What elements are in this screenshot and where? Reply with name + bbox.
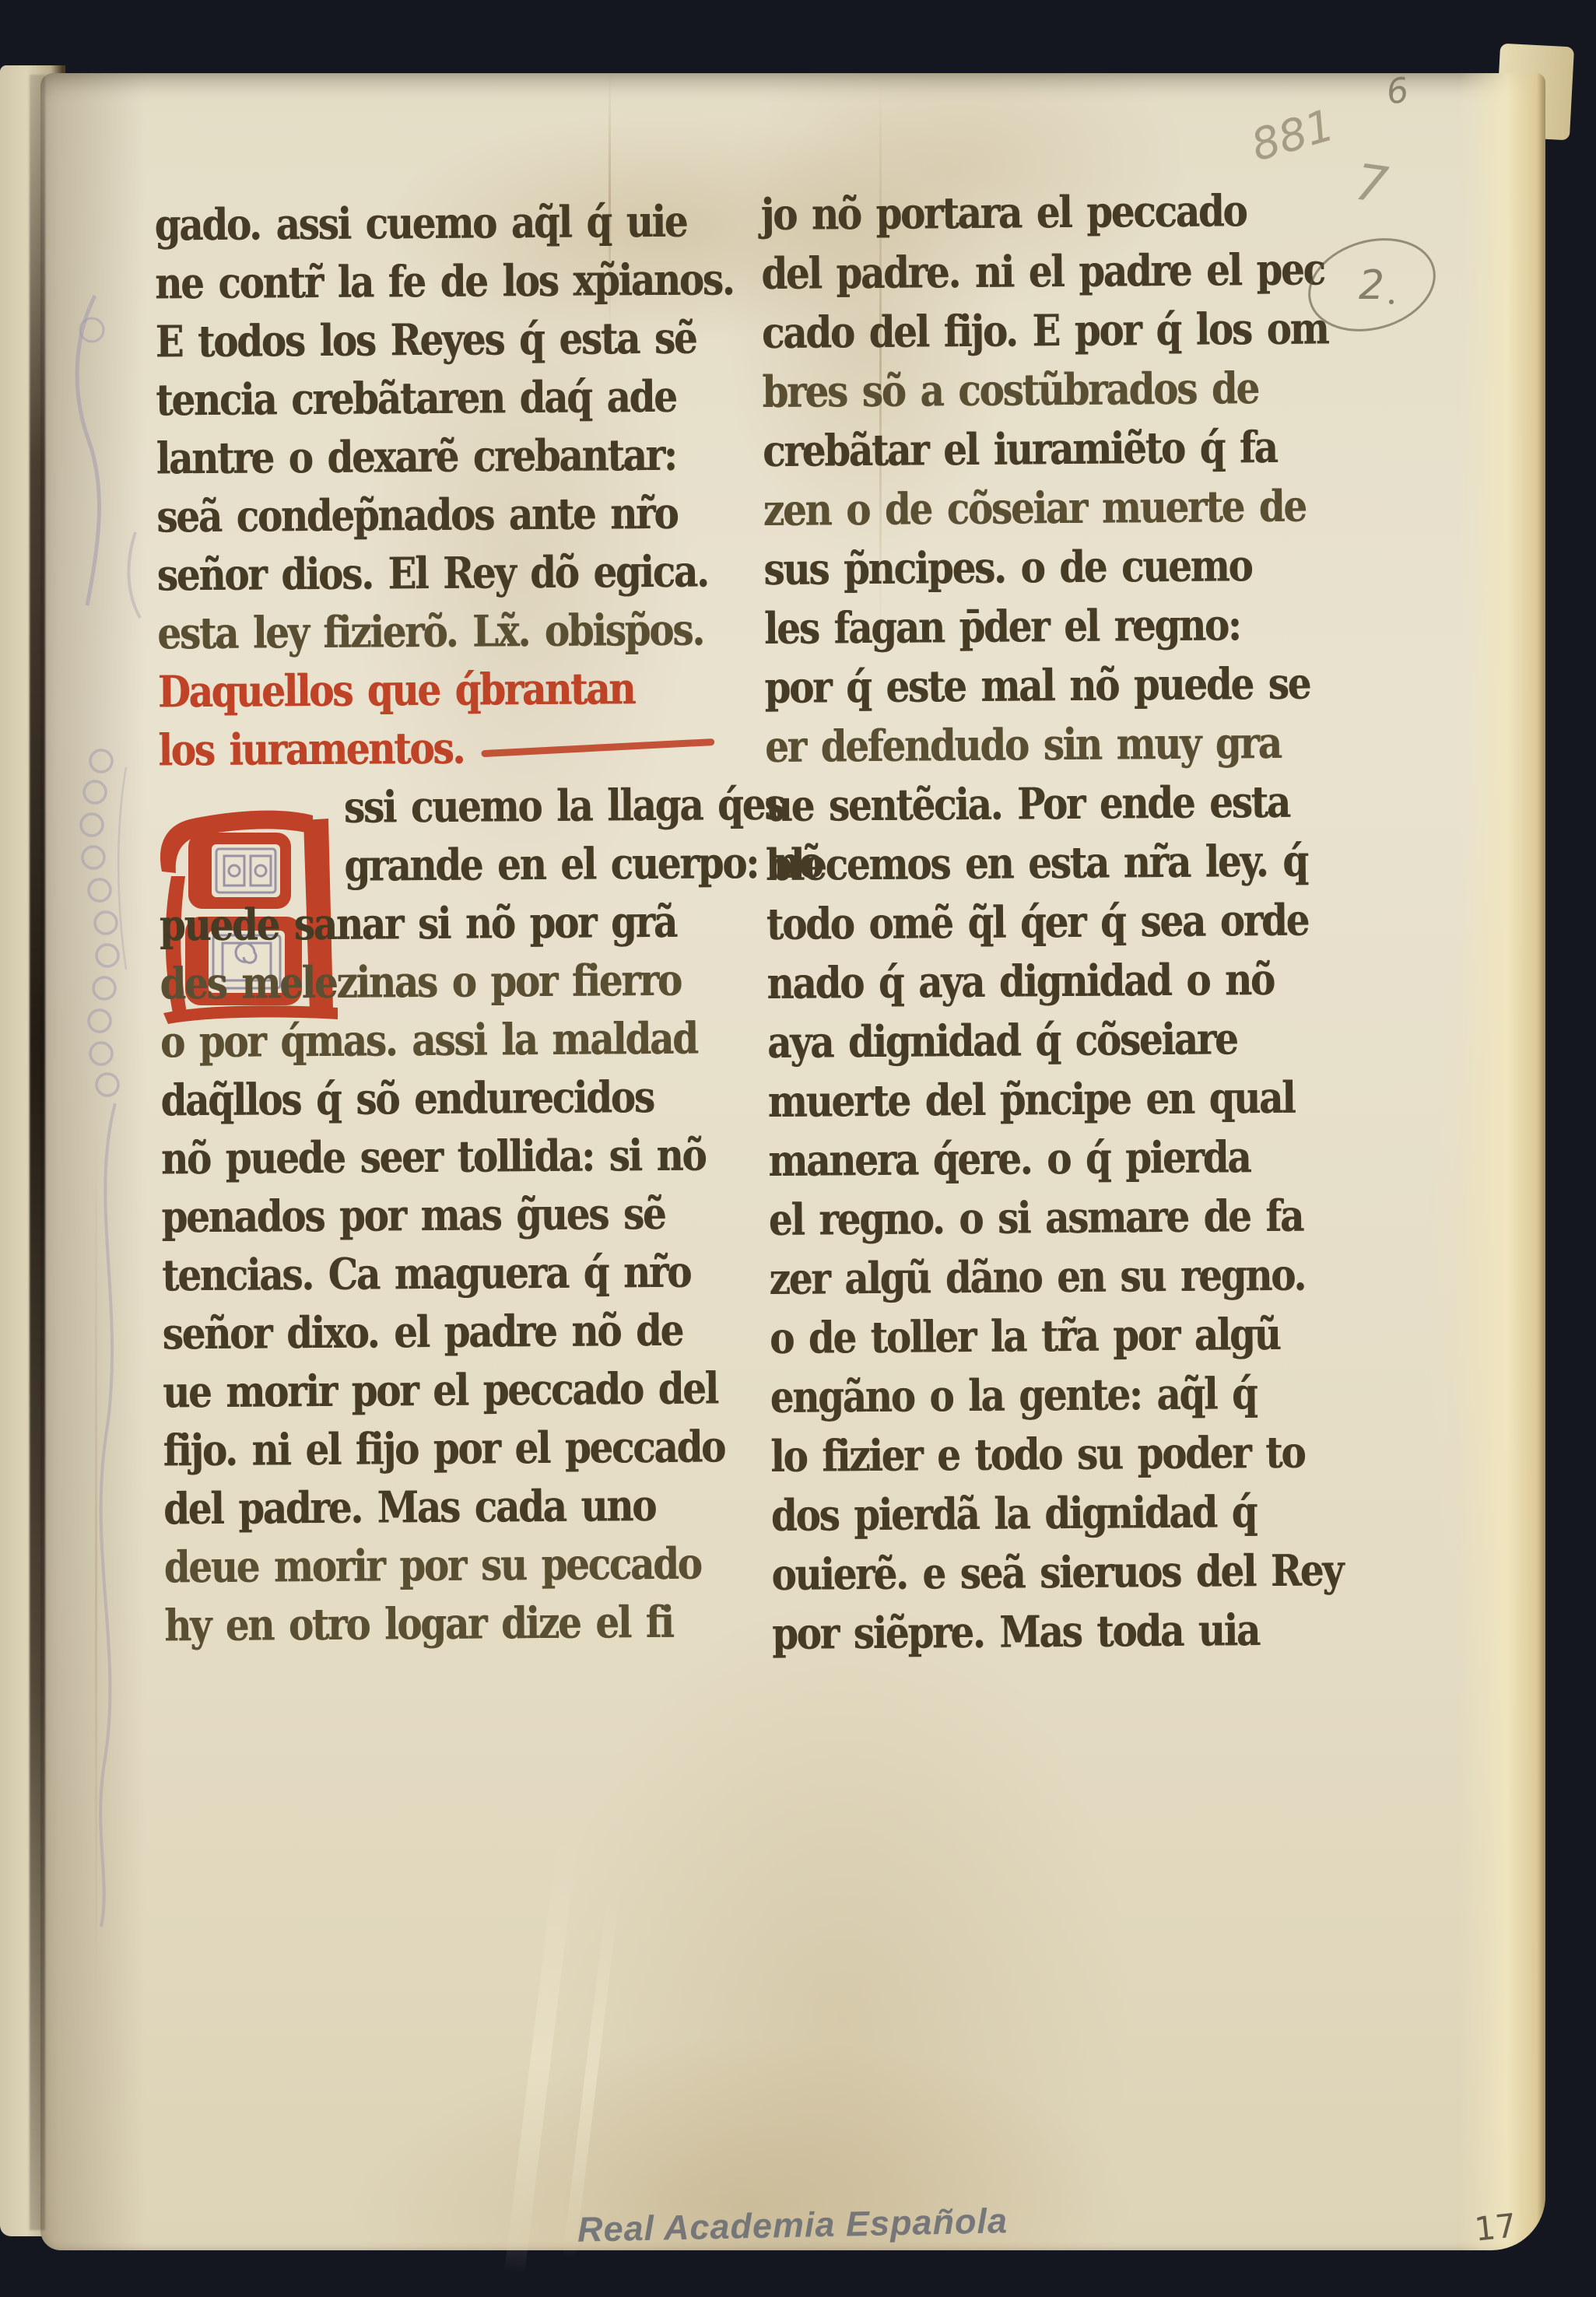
text-column-left: gado. assi cuemo aq̃l q́ uiene contr̃ la…	[154, 202, 728, 1664]
text-line: por q́ este mal nõ puede se	[764, 664, 1387, 728]
text-line: bres sõ a costũbrados de	[762, 368, 1385, 432]
rubric-filler-line	[481, 738, 714, 757]
initial-letter: A	[0, 0, 1, 1]
text-line: hy en otro logar dize el fi	[164, 1602, 728, 1664]
text-line: zer algũ dãno en su regno.	[769, 1255, 1392, 1319]
text-line: todo omẽ q̃l q́er q́ sea orde	[766, 900, 1390, 964]
text-line: lo fizier e todo su poder to	[770, 1433, 1394, 1496]
text-line: ssi cuemo la llaga q́es	[344, 785, 723, 846]
text-column-right: jo nõ portara el peccadodel padre. ni el…	[761, 191, 1395, 1674]
text-line: o de toller la tr̃a por algũ	[770, 1314, 1393, 1378]
text-line: aya dignidad q́ cõseiare	[767, 1019, 1391, 1082]
text-line: ouierẽ. e seã sieruos del Rey	[771, 1551, 1394, 1615]
svg-text:2: 2	[1359, 262, 1384, 309]
text-line: por siẽpre. Mas toda uia	[772, 1610, 1395, 1674]
text-line: esta ley fizierõ. Lx̃. obisp̃os.	[157, 610, 721, 672]
stain-streak	[504, 1840, 577, 2275]
text-line: cado del fijo. E por q́ los om	[762, 309, 1385, 373]
fore-edge-highlight	[1460, 73, 1545, 2250]
rubric-line: Daquellos que q́brantan	[158, 668, 722, 731]
gutter-shadow	[30, 75, 45, 2230]
stain-streak	[563, 1887, 620, 2259]
text-line: muerte del p̃ncipe en qual	[768, 1078, 1391, 1141]
text-line: er defendudo sin muy gra	[765, 723, 1388, 787]
text-line: zen o de cõseiar muerte de	[763, 486, 1387, 550]
folio-number: 17	[1473, 2206, 1518, 2248]
text-line: grande en el cuerpo: nõ	[344, 843, 723, 904]
manuscript-photo: A gado. assi cuemo aq̃l q́ uiene contr̃ …	[0, 0, 1596, 2297]
text-line: sus p̃ncipes. o de cuemo	[763, 545, 1387, 609]
text-line: nado q́ aya dignidad o nõ	[766, 959, 1390, 1023]
circled-ink-mark: 2	[1298, 221, 1446, 345]
